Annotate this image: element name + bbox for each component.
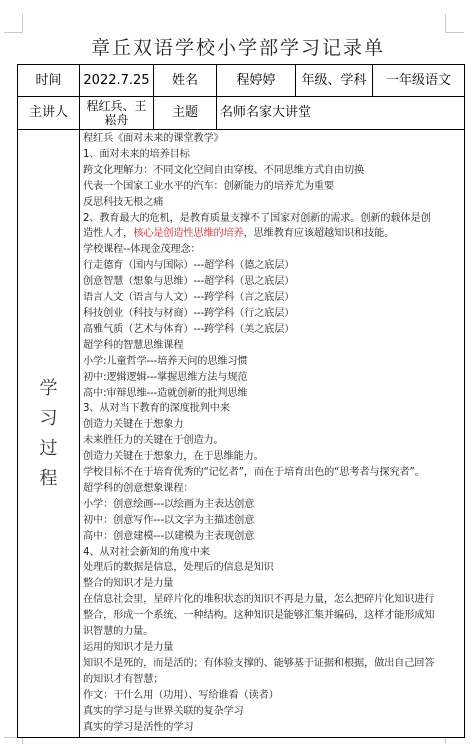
time-label: 时间 [18,65,80,97]
content-line: 初中：创意写作---以文字为主描述创意 [83,513,461,529]
content-line: 知识不是死的，而是活的；有体验支撑的、能够基于证据和根据，做出自己回答 [83,656,461,672]
topic-label: 主题 [154,97,217,130]
content-line: 程红兵《面对未来的课堂教学》 [83,131,461,147]
content-text: ，思维教育应该超越知识和技能。 [244,228,395,239]
content-line: 反思科技无根之痛 [83,195,461,211]
page-corner-mark-top-left [4,14,23,33]
content-line: 学校课程--体现金茂理念： [83,242,461,258]
content-line: 3、从对当下教育的深度批判中来 [83,401,461,417]
content-line: 高中:审辩思维---造就创新的批判思维 [83,386,461,402]
process-label-char: 学 [18,374,79,404]
content-line: 高雅气质（艺术与体育）---跨学科（美之底层） [83,322,461,338]
content-line: 创造力关键在于想象力，在于思维能力。 [83,449,461,465]
content-line: 整合的知识才是力量 [83,576,461,592]
content-line: 的知识才有智慧； [83,672,461,688]
learning-process-content[interactable]: 程红兵《面对未来的课堂教学》 1、面对未来的培养目标 跨文化理解力：不同文化空间… [80,130,465,738]
content-text: 造性人才， [83,228,133,239]
process-row: 学 习 过 程 程红兵《面对未来的课堂教学》 1、面对未来的培养目标 跨文化理解… [18,130,465,738]
content-line: 超学科的智慧思维课程 [83,338,461,354]
content-line: 创意智慧（想象与思维）---超学科（思之底层） [83,274,461,290]
process-label-char: 习 [18,404,79,434]
content-line: 小学:儿童哲学---培养天问的思维习惯 [83,354,461,370]
document-title: 章丘双语学校小学部学习记录单 [0,36,476,60]
speaker-value-line-2: 崧舟 [80,113,153,127]
content-line: 1、面对未来的培养目标 [83,147,461,163]
content-line: 4、从对社会新知的角度中来 [83,545,461,561]
content-line: 整合，形成一个系统、一种结构。这种知识是能够汇集并编码，这样才能形成知 [83,608,461,624]
content-line: 处理后的数据是信息，处理后的信息是知识 [83,560,461,576]
speaker-label: 主讲人 [18,97,80,130]
process-label-char: 过 [18,434,79,464]
content-line: 未来胜任力的关键在于创造力。 [83,433,461,449]
content-line: 在信息社会里，星碎片化的堆积状态的知识不再是力量，怎么把碎片化知识进行 [83,592,461,608]
content-line: 运用的知识才是力量 [83,640,461,656]
grade-subject-label: 年级、学科 [296,65,373,97]
content-line: 高中：创意建模---以建模为主表现创意 [83,529,461,545]
content-line: 科技创业（科技与材商）---跨学科（行之底层） [83,306,461,322]
speaker-value-line-1: 程红兵、王 [80,99,153,113]
content-line: 跨文化理解力：不同文化空间自由穿梭、不同思维方式自由切换 [83,163,461,179]
learning-process-label: 学 习 过 程 [18,130,80,738]
content-line: 真实的学习是与世界关联的复杂学习 [83,704,461,720]
process-label-char: 程 [18,464,79,494]
record-table: 时间 2022.7.25 姓名 程婷婷 年级、学科 一年级语文 主讲人 程红兵、… [17,64,465,738]
header-row-2: 主讲人 程红兵、王 崧舟 主题 名师名家大讲堂 [18,97,465,130]
content-line: 小学：创意绘画---以绘画为主表达创意 [83,497,461,513]
content-line: 代表一个国家工业水平的汽车：创新能力的培养尤为重要 [83,179,461,195]
time-value[interactable]: 2022.7.25 [80,65,154,97]
content-line-highlighted: 作文：干什么用（功用）、写给谁看（读者） [83,688,461,704]
header-row-1: 时间 2022.7.25 姓名 程婷婷 年级、学科 一年级语文 [18,65,465,97]
content-line: 学校目标不在于培育优秀的“记忆者”，而在于培育出色的“思考者与探究者”。 [83,465,461,481]
content-line: 真实的学习是活性的学习 [83,720,461,736]
content-line: 创造力关键在于想象力 [83,417,461,433]
topic-value[interactable]: 名师名家大讲堂 [217,97,465,130]
page-corner-mark-top-right [445,14,464,33]
speaker-value[interactable]: 程红兵、王 崧舟 [80,97,154,130]
content-line-with-highlight: 造性人才，核心是创造性思维的培养，思维教育应该超越知识和技能。 [83,226,461,242]
name-value[interactable]: 程婷婷 [217,65,296,97]
content-line: 语言人文（语言与人文）---跨学科（言之底层） [83,290,461,306]
grade-subject-value[interactable]: 一年级语文 [373,65,465,97]
content-line: 2、教育最大的危机，是教育质量支撑不了国家对创新的需求。创新的载体是创 [83,211,461,227]
content-line: 初中:逻辑逻辑---掌握思维方法与规范 [83,370,461,386]
name-label: 姓名 [154,65,217,97]
content-line: 超学科的创意想象课程： [83,481,461,497]
content-line: 识智慧的力量。 [83,624,461,640]
content-line: 行走德育（国内与国际）---超学科（德之底层） [83,258,461,274]
highlighted-text: 核心是创造性思维的培养 [133,228,243,239]
